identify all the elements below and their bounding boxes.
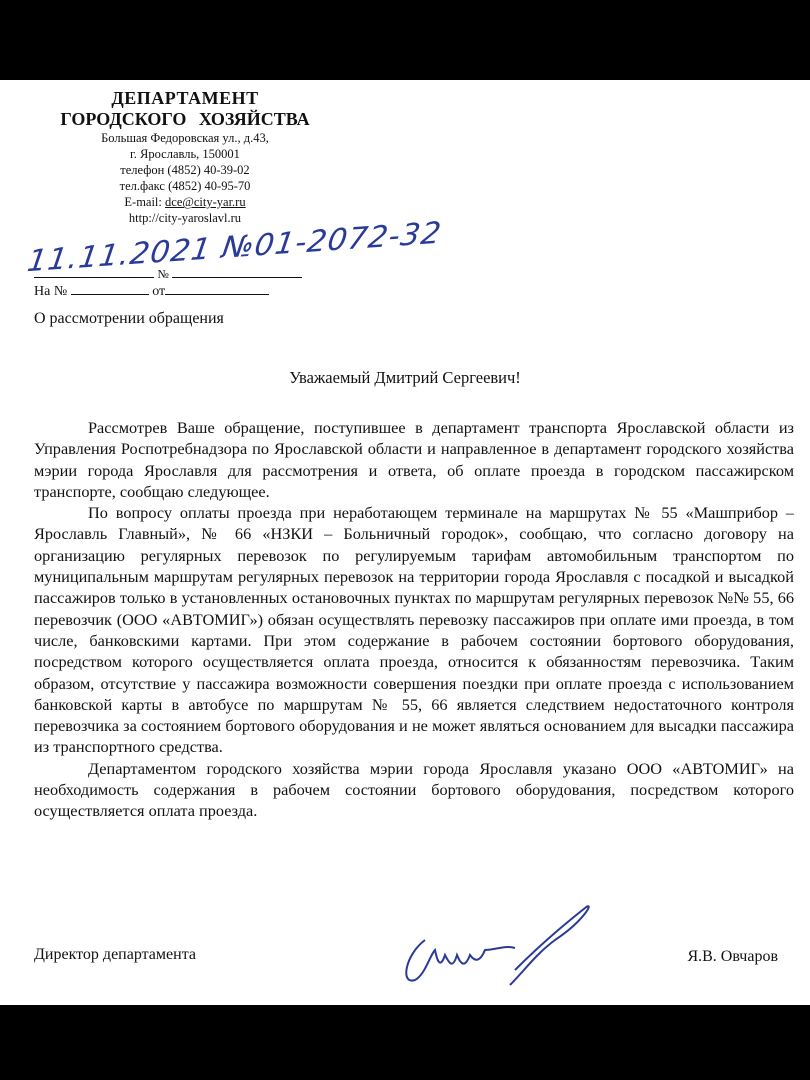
letter-body: Рассмотрев Ваше обращение, поступившее в… (34, 417, 794, 822)
handwritten-signature-icon (395, 900, 595, 1000)
paragraph: Департаментом городского хозяйства мэрии… (34, 758, 794, 822)
email-label: E-mail: (124, 195, 165, 209)
email-link[interactable]: dce@city-yar.ru (165, 195, 246, 209)
from-label: от (152, 284, 165, 299)
letter-page: ДЕПАРТАМЕНТ ГОРОДСКОГО ХОЗЯЙСТВА Большая… (0, 80, 810, 1005)
signatory-position: Директор департамента (34, 946, 196, 964)
website-link[interactable]: http://city-yaroslavl.ru (40, 210, 330, 226)
paragraph: Рассмотрев Ваше обращение, поступившее в… (34, 417, 794, 502)
email-line: E-mail: dce@city-yar.ru (40, 194, 330, 210)
salutation: Уважаемый Дмитрий Сергеевич! (0, 368, 810, 388)
address-street: Большая Федоровская ул., д.43, (40, 130, 330, 146)
on-number-label: На № (34, 284, 67, 299)
department-title: ДЕПАРТАМЕНТ (40, 88, 330, 110)
paragraph: По вопросу оплаты проезда при неработающ… (34, 502, 794, 758)
subject-line: О рассмотрении обращения (34, 310, 224, 328)
address-city: г. Ярославль, 150001 (40, 146, 330, 162)
signatory-name: Я.В. Овчаров (687, 948, 778, 966)
fax: тел.факс (4852) 40-95-70 (40, 178, 330, 194)
department-subtitle: ГОРОДСКОГО ХОЗЯЙСТВА (40, 109, 330, 131)
phone: телефон (4852) 40-39-02 (40, 162, 330, 178)
letterhead: ДЕПАРТАМЕНТ ГОРОДСКОГО ХОЗЯЙСТВА Большая… (40, 88, 330, 226)
reply-reference: На № от (34, 280, 269, 300)
